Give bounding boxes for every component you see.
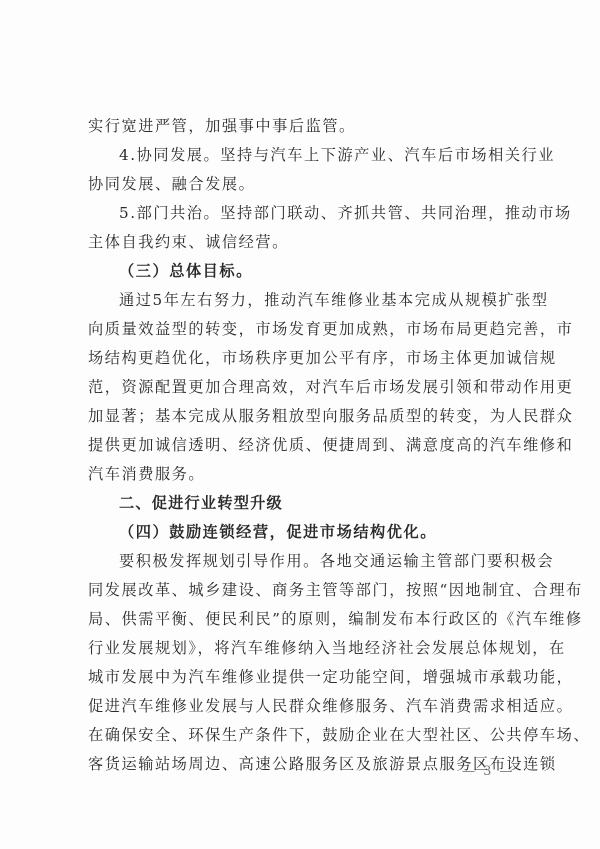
text-line: 4.协同发展。坚持与汽车上下游产业、汽车后市场相关行业 (88, 141, 532, 170)
text-line: 场结构更趋优化，市场秩序更加公平有序，市场主体更加诚信规 (88, 344, 532, 373)
document-body: 实行宽进严管，加强事中事后监管。 4.协同发展。坚持与汽车上下游产业、汽车后市场… (88, 112, 532, 779)
document-page: 实行宽进严管，加强事中事后监管。 4.协同发展。坚持与汽车上下游产业、汽车后市场… (0, 0, 600, 849)
text-line: 促进汽车维修业发展与人民群众维修服务、汽车消费需求相适应。 (88, 692, 532, 721)
section-heading: 二、促进行业转型升级 (88, 489, 532, 518)
page-number: — 3 — (462, 764, 515, 779)
text-line: 城市发展中为汽车维修业提供一定功能空间，增强城市承载功能， (88, 663, 532, 692)
text-line: 通过5年左右努力，推动汽车维修业基本完成从规模扩张型 (88, 286, 532, 315)
text-line: 加显著；基本完成从服务粗放型向服务品质型的转变，为人民群众 (88, 402, 532, 431)
text-line: 协同发展、融合发展。 (88, 170, 532, 199)
text-line: 要积极发挥规划引导作用。各地交通运输主管部门要积极会 (88, 547, 532, 576)
text-line: 向质量效益型的转变，市场发育更加成熟，市场布局更趋完善，市 (88, 315, 532, 344)
text-line: 提供更加诚信透明、经济优质、便捷周到、满意度高的汽车维修和 (88, 431, 532, 460)
text-line: 汽车消费服务。 (88, 460, 532, 489)
text-line: 行业发展规划》，将汽车维修纳入当地经济社会发展总体规划，在 (88, 634, 532, 663)
text-line: 在确保安全、环保生产条件下，鼓励企业在大型社区、公共停车场、 (88, 721, 532, 750)
text-line: 5.部门共治。坚持部门联动、齐抓共管、共同治理，推动市场 (88, 199, 532, 228)
text-line: 范，资源配置更加合理高效，对汽车后市场发展引领和带动作用更 (88, 373, 532, 402)
section-subheading: （四）鼓励连锁经营，促进市场结构优化。 (88, 518, 532, 547)
text-line: 主体自我约束、诚信经营。 (88, 228, 532, 257)
section-subheading: （三）总体目标。 (88, 257, 532, 286)
text-line: 同发展改革、城乡建设、商务主管等部门，按照“因地制宜、合理布 (88, 576, 532, 605)
text-line: 局、供需平衡、便民利民”的原则，编制发布本行政区的《汽车维修 (88, 605, 532, 634)
text-line: 实行宽进严管，加强事中事后监管。 (88, 112, 532, 141)
